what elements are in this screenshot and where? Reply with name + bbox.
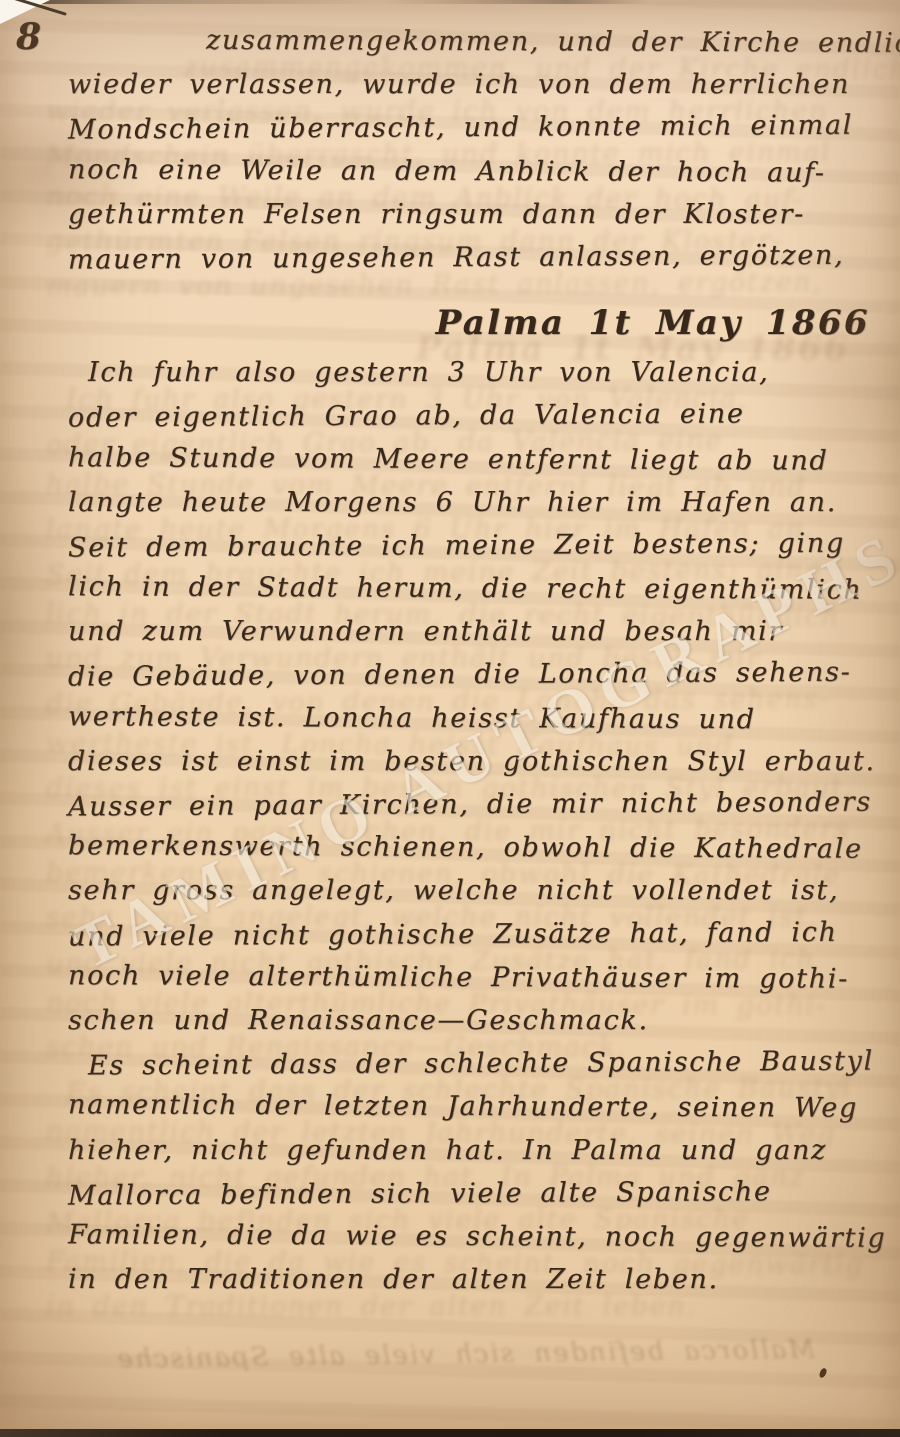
ink-speck xyxy=(818,1367,827,1379)
dateline: Palma 1t May 1866 xyxy=(68,285,894,357)
handwritten-line: mauern von ungesehen Rast anlassen, ergö… xyxy=(68,239,894,287)
handwritten-line: halbe Stunde vom Meere entfernt liegt ab… xyxy=(68,442,894,489)
handwritten-line: sehr gross angelegt, welche nicht vollen… xyxy=(68,875,894,918)
handwritten-line: hieher, nicht gefunden hat. In Palma und… xyxy=(68,1135,894,1178)
handwritten-line: oder eigentlich Grao ab, da Valencia ein… xyxy=(68,398,894,446)
handwritten-line: langte heute Morgens 6 Uhr hier im Hafen… xyxy=(68,487,894,530)
top-scan-edge xyxy=(0,0,900,4)
letter-body: zusammengekommen, und der Kirche endlich… xyxy=(68,26,894,1307)
handwritten-line: noch viele alterthümliche Privathäuser i… xyxy=(68,960,894,1007)
handwritten-line: in den Traditionen der alten Zeit leben. xyxy=(68,1264,894,1307)
handwritten-line: Mallorca befinden sich viele alte Spanis… xyxy=(68,1175,894,1223)
bottom-scan-edge xyxy=(0,1429,900,1437)
handwritten-line: und zum Verwundern enthält und besah mir xyxy=(68,616,894,659)
handwritten-line: und viele nicht gothische Zusätze hat, f… xyxy=(68,916,894,964)
handwritten-line: noch eine Weile an dem Anblick der hoch … xyxy=(68,154,894,201)
corner-fold xyxy=(0,0,50,24)
handwritten-line: bemerkenswerth schienen, obwohl die Kath… xyxy=(68,830,894,877)
handwritten-line: wieder verlassen, wurde ich von dem herr… xyxy=(68,69,894,112)
handwritten-line: die Gebäude, von denen die Loncha das se… xyxy=(68,657,894,705)
handwritten-line: schen und Renaissance—Geschmack. xyxy=(68,1005,894,1048)
handwritten-line: lich in der Stadt herum, die recht eigen… xyxy=(68,571,894,618)
handwritten-line: Mondschein überrascht, und konnte mich e… xyxy=(68,110,894,158)
handwritten-line: dieses ist einst im besten gothischen St… xyxy=(68,746,894,789)
handwritten-line: gethürmten Felsen ringsum dann der Klost… xyxy=(68,199,894,242)
handwritten-line: zusammengekommen, und der Kirche endlich xyxy=(68,24,894,71)
handwritten-line: Familien, die da wie es scheint, noch ge… xyxy=(68,1219,894,1266)
handwritten-line: wertheste ist. Loncha heisst Kaufhaus un… xyxy=(68,701,894,748)
handwritten-line: Es scheint dass der schlechte Spanische … xyxy=(68,1046,894,1094)
bleed-through-line: Mallorca befinden sich viele alte Spanis… xyxy=(55,1335,815,1376)
handwritten-line: Ich fuhr also gestern 3 Uhr von Valencia… xyxy=(68,357,894,400)
handwritten-line: Ausser ein paar Kirchen, die mir nicht b… xyxy=(68,786,894,834)
handwritten-line: Seit dem brauchte ich meine Zeit bestens… xyxy=(68,527,894,575)
letter-page: 8 zusammengekommen, und der Kirche endli… xyxy=(0,0,900,1437)
handwritten-line: namentlich der letzten Jahrhunderte, sei… xyxy=(68,1090,894,1137)
